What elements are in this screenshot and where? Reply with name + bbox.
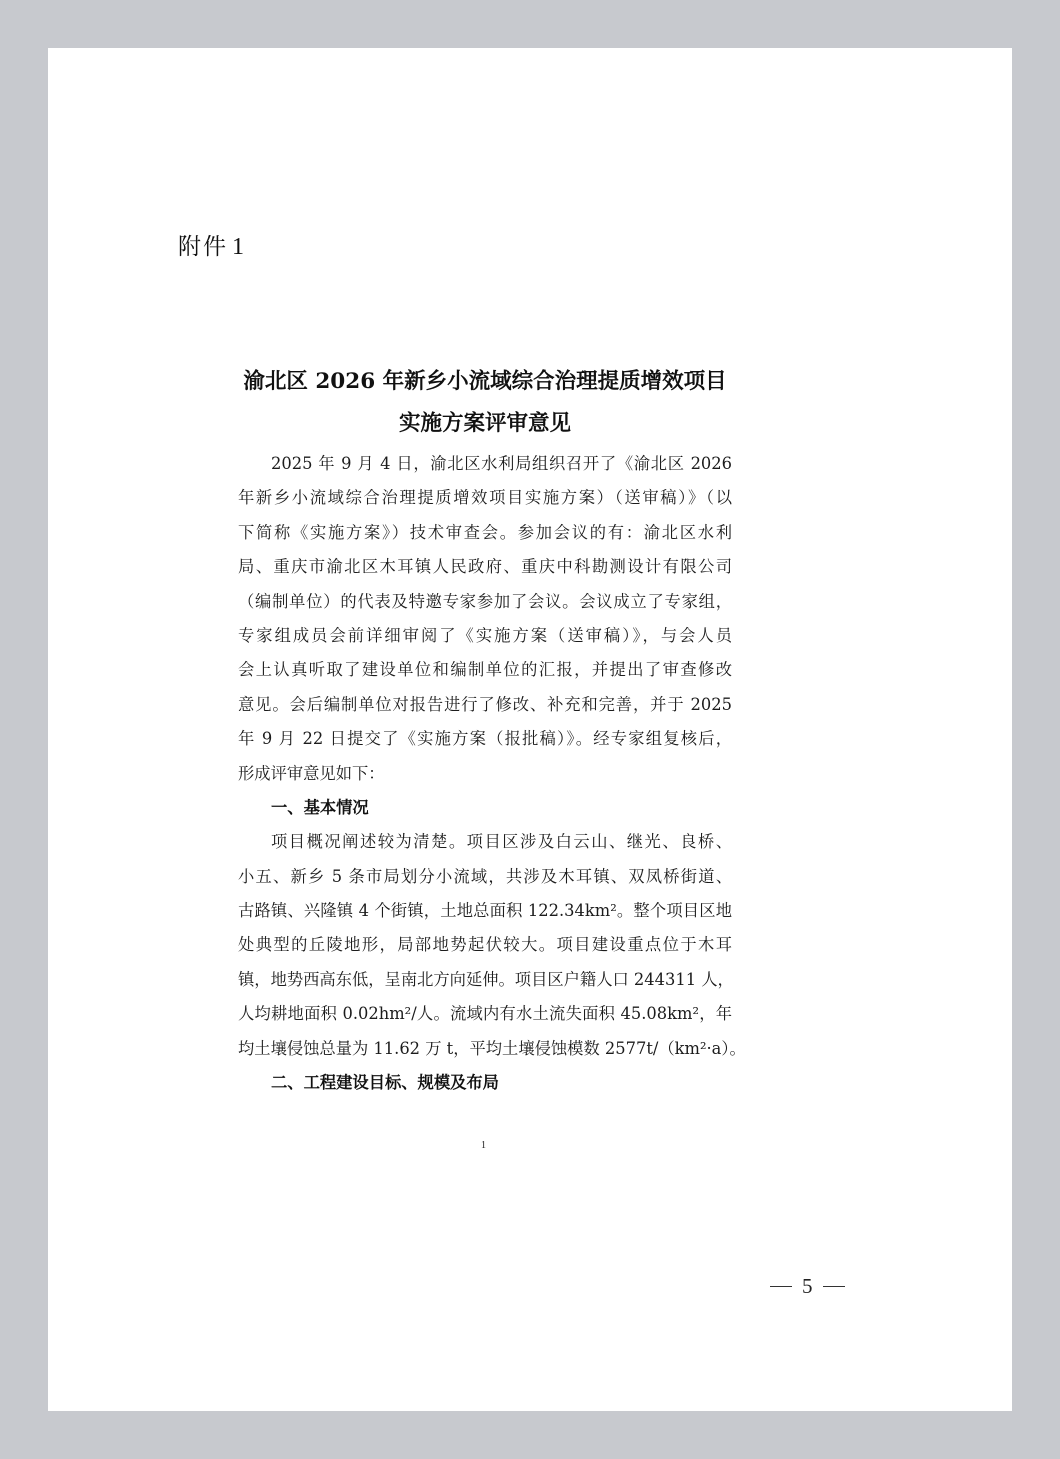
- paragraph-line: 2025 年 9 月 4 日，渝北区水利局组织召开了《渝北区 2026: [238, 447, 732, 481]
- section-heading-basic-info: 一、基本情况: [238, 791, 732, 825]
- attachment-label: 附件1: [178, 228, 246, 261]
- paragraph-line: 下简称《实施方案》）技术审查会。参加会议的有：渝北区水利: [238, 516, 732, 550]
- document-body: 2025 年 9 月 4 日，渝北区水利局组织召开了《渝北区 2026 年新乡小…: [238, 447, 732, 1100]
- document-title-line-1: 渝北区 2026 年新乡小流域综合治理提质增效项目: [230, 364, 740, 395]
- paragraph-line: 会上认真听取了建设单位和编制单位的汇报，并提出了审查修改: [238, 653, 732, 687]
- paragraph-line: 均土壤侵蚀总量为 11.62 万 t，平均土壤侵蚀模数 2577t/（km²·a…: [238, 1032, 732, 1066]
- paragraph-line: 专家组成员会前详细审阅了《实施方案（送审稿）》，与会人员: [238, 619, 732, 653]
- paragraph-line: 人均耕地面积 0.02hm²/人。流域内有水土流失面积 45.08km²，年: [238, 997, 732, 1031]
- dash-left: [770, 1286, 792, 1287]
- paragraph-line: 处典型的丘陵地形，局部地势起伏较大。项目建设重点位于木耳: [238, 928, 732, 962]
- attachment-number: 1: [232, 234, 246, 260]
- paragraph-line: 项目概况阐述较为清楚。项目区涉及白云山、继光、良桥、: [238, 825, 732, 859]
- section-heading-construction-goals: 二、工程建设目标、规模及布局: [238, 1066, 732, 1100]
- paragraph-line: 古路镇、兴隆镇 4 个街镇，土地总面积 122.34km²。整个项目区地: [238, 894, 732, 928]
- paragraph-line: 形成评审意见如下：: [238, 757, 732, 791]
- paragraph-line: 年新乡小流域综合治理提质增效项目实施方案）（送审稿）》（以: [238, 481, 732, 515]
- dash-right: [823, 1286, 845, 1287]
- paragraph-line: 年 9 月 22 日提交了《实施方案（报批稿）》。经专家组复核后，: [238, 722, 732, 756]
- page-number: 5: [802, 1274, 813, 1299]
- paragraph-line: 意见。会后编制单位对报告进行了修改、补充和完善，并于 2025: [238, 688, 732, 722]
- paragraph-line: （编制单位）的代表及特邀专家参加了会议。会议成立了专家组，: [238, 585, 732, 619]
- attachment-label-text: 附件: [178, 234, 228, 260]
- footer-page-number: 5: [770, 1274, 845, 1299]
- paragraph-line: 镇，地势西高东低，呈南北方向延伸。项目区户籍人口 244311 人，: [238, 963, 732, 997]
- paragraph-line: 小五、新乡 5 条市局划分小流域，共涉及木耳镇、双凤桥街道、: [238, 860, 732, 894]
- paragraph-line: 局、重庆市渝北区木耳镇人民政府、重庆中科勘测设计有限公司: [238, 550, 732, 584]
- document-title-line-2: 实施方案评审意见: [230, 406, 740, 437]
- scanned-page-number: 1: [481, 1140, 486, 1151]
